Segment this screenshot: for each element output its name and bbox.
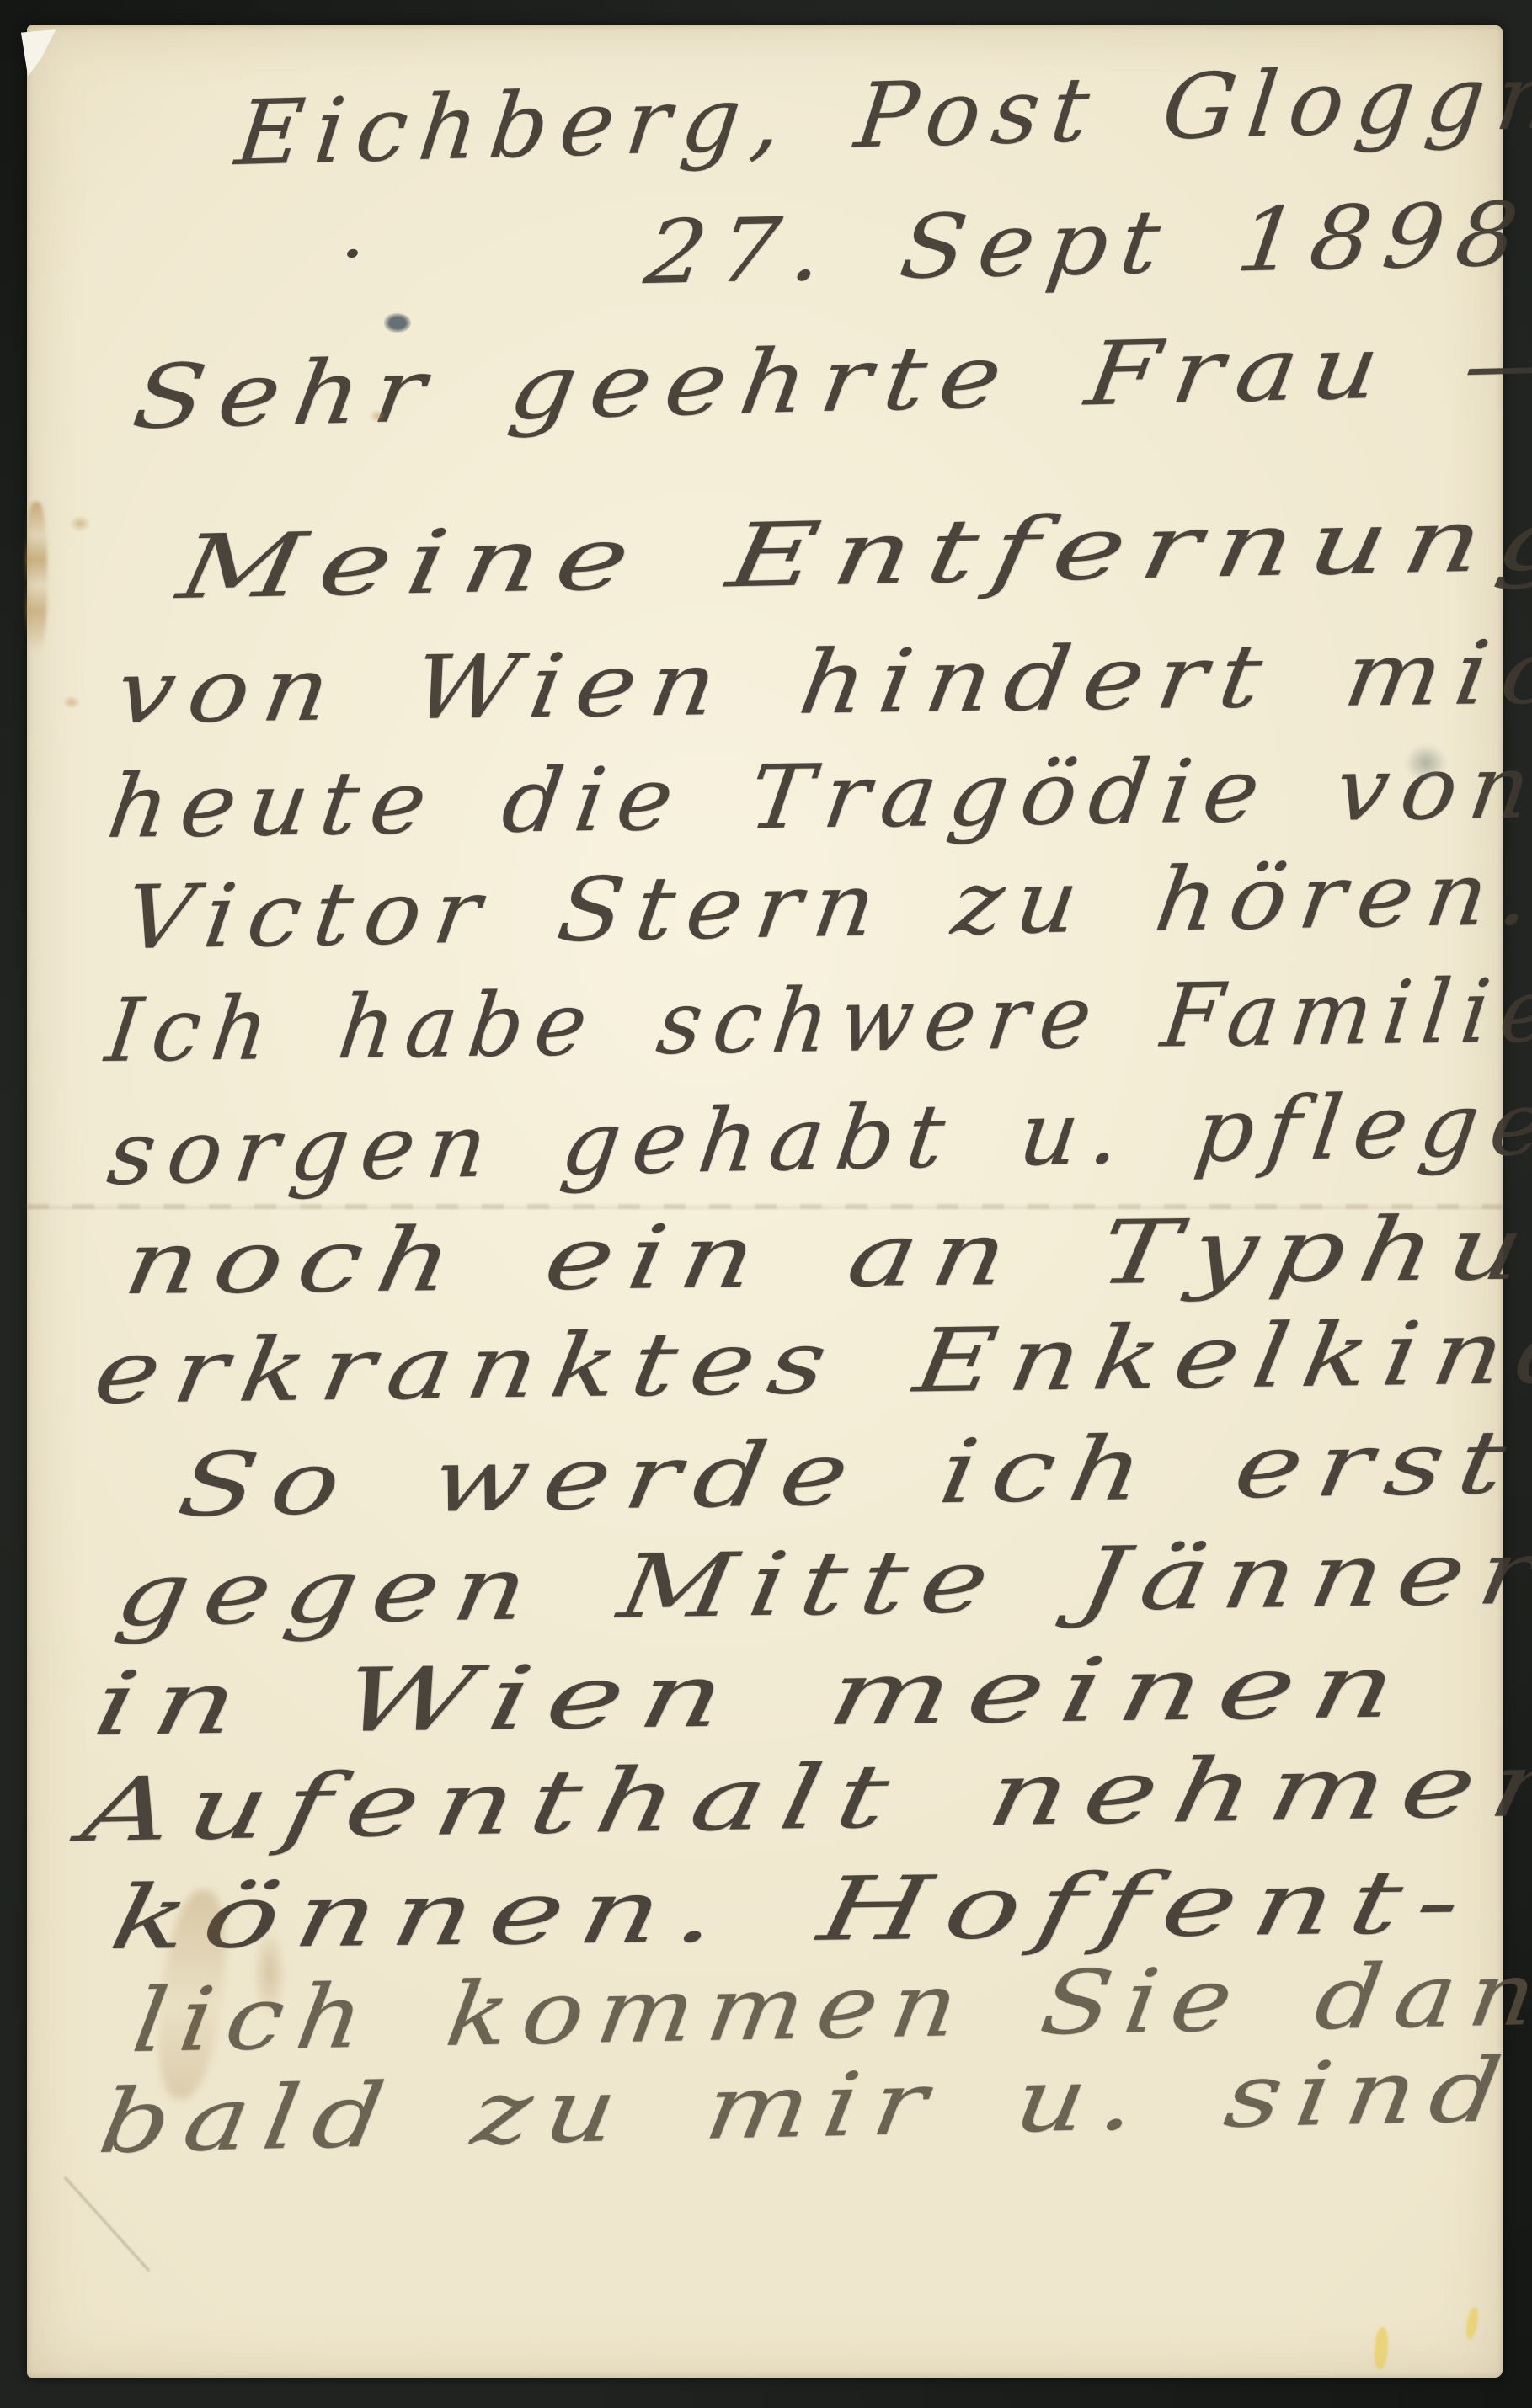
letter-body-line: noch ein an Typhus — [119, 1203, 1532, 1307]
letter-body-line: Aufenthalt nehmen — [77, 1740, 1532, 1854]
letter-date-line: 27. Sept 1898 — [641, 190, 1532, 296]
letter-body-line: So werde ich erst — [173, 1418, 1526, 1529]
letter-body-line: erkranktes Enkelkind. — [88, 1307, 1532, 1416]
letter-body-line: Ich habe schwere Familien- — [102, 965, 1532, 1074]
letter-body-line: Victor Stern zu hören. — [120, 849, 1532, 962]
letter-body-line: in Wien meinen — [88, 1642, 1420, 1748]
letter-body-line: können. Hoffent- — [104, 1857, 1484, 1962]
letter-body-line: Meine Entfernung — [173, 494, 1532, 612]
letter-body-line: von Wien hindert mich — [111, 626, 1532, 736]
letter-body-line: gegen Mitte Jänner — [110, 1528, 1532, 1638]
letter-body-line: heute die Tragödie von, — [103, 742, 1532, 850]
scanned-letter-page: Eichberg, Post Gloggnitz 27. Sept 1898 S… — [0, 0, 1532, 2408]
